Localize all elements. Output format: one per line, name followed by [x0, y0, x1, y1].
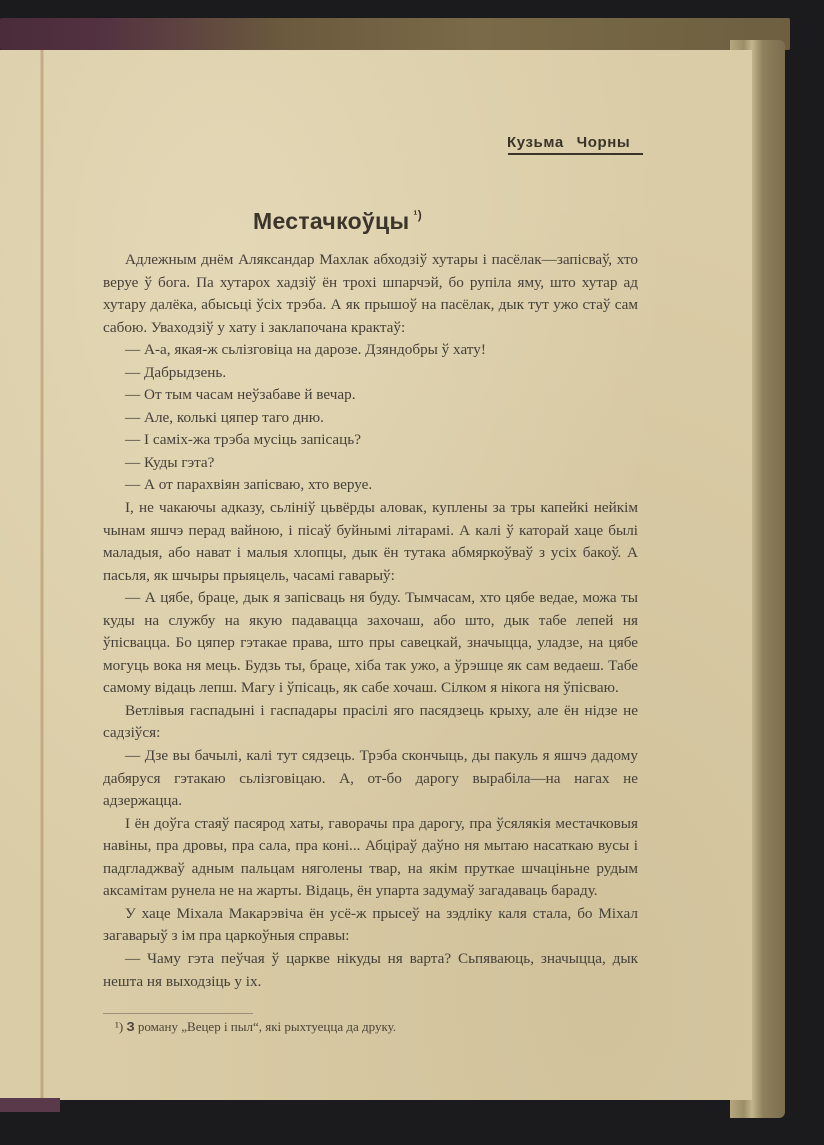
chapter-title: Местачкоўцы¹)	[253, 208, 422, 235]
dialogue-line: — От тым часам неўзабаве й вечар.	[103, 384, 638, 407]
footnote-text: роману „Вецер і пыл“, які рыхтуецца да д…	[138, 1019, 396, 1034]
title-text: Местачкоўцы	[253, 208, 409, 234]
footnote: ¹) З роману „Вецер і пыл“, які рыхтуецца…	[115, 1019, 396, 1035]
dialogue-line: — А цябе, браце, дык я запісваць ня буду…	[103, 587, 638, 700]
paragraph: І, не чакаючы адказу, сьлініў цьвёрды ал…	[103, 497, 638, 587]
dialogue-line: — А от парахвіян запісваю, хто веруе.	[103, 474, 638, 497]
footnote-lead: З	[126, 1019, 134, 1034]
dialogue-line: — І саміх-жа трэба мусіць запісаць?	[103, 429, 638, 452]
book-cover-top	[0, 18, 790, 50]
dialogue-line: — А-а, якая-ж сьлізговіца на дарозе. Дзя…	[103, 339, 638, 362]
paragraph: Адлежным днём Аляксандар Махлак абходзіў…	[103, 249, 638, 339]
paragraph: Ветлівыя гаспадыні і гаспадары прасілі я…	[103, 700, 638, 745]
dialogue-line: — Чаму гэта пеўчая ў царкве нікуды ня ва…	[103, 948, 638, 993]
title-footnote-mark: ¹)	[413, 208, 422, 222]
paragraph: У хаце Міхала Макарэвіча ён усё-ж прысеў…	[103, 903, 638, 948]
dialogue-line: — Куды гэта?	[103, 452, 638, 475]
body-text: Адлежным днём Аляксандар Махлак абходзіў…	[103, 249, 638, 993]
paragraph: І ён доўга стаяў пасярод хаты, гаворачы …	[103, 813, 638, 903]
header-underline	[508, 153, 643, 155]
dialogue-line: — Але, колькі цяпер таго дню.	[103, 407, 638, 430]
dialogue-line: — Дзе вы бачылі, калі тут сядзець. Трэба…	[103, 745, 638, 813]
footnote-separator	[103, 1013, 253, 1014]
running-header-author: Кузьма Чорны	[507, 134, 630, 151]
book-cover-bottom	[0, 1098, 60, 1112]
page-fold	[40, 50, 44, 1100]
dialogue-line: — Дабрыдзень.	[103, 362, 638, 385]
footnote-mark: ¹)	[115, 1019, 123, 1034]
